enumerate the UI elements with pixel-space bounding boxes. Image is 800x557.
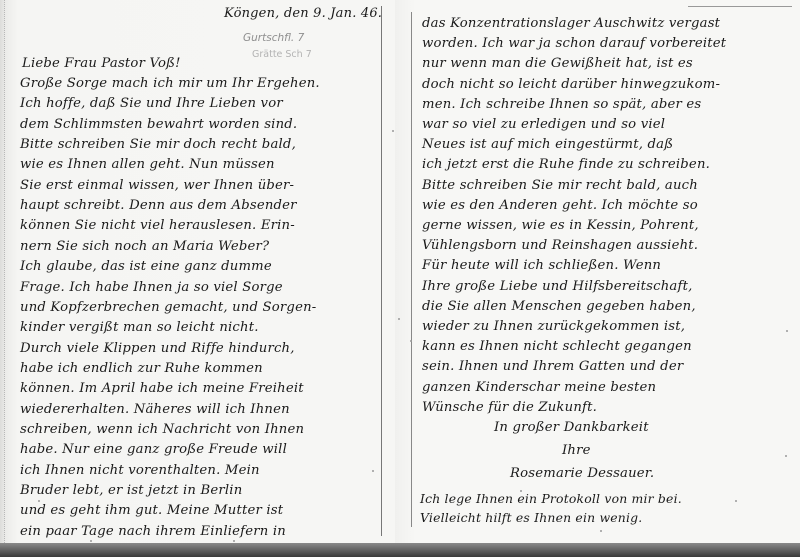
letter-line: das Konzentrationslager Auschwitz vergas…	[422, 16, 720, 31]
letter-line: Frage. Ich habe Ihnen ja so viel Sorge	[20, 280, 283, 295]
scan-speck	[392, 130, 394, 132]
letter-line: ganzen Kinderschar meine besten	[422, 380, 656, 395]
letter-line: kinder vergißt man so leicht nicht.	[20, 320, 259, 335]
scan-bottom-edge	[0, 543, 800, 557]
letter-line: die Sie allen Menschen gegeben haben,	[422, 299, 696, 314]
letter-line: worden. Ich war ja schon darauf vorberei…	[422, 36, 726, 51]
postscript-line: Vielleicht hilft es Ihnen ein wenig.	[420, 510, 642, 525]
scan-speck	[398, 318, 400, 320]
closing-pronoun: Ihre	[562, 443, 591, 458]
letter-line: Durch viele Klippen und Riffe hindurch,	[20, 341, 295, 356]
scan-speck	[38, 500, 40, 502]
letter-line: habe. Nur eine ganz große Freude will	[20, 442, 287, 457]
page-divider	[411, 12, 412, 527]
letter-line: war so viel zu erledigen und so viel	[422, 117, 665, 132]
postscript-line: Ich lege Ihnen ein Protokoll von mir bei…	[420, 491, 682, 506]
scan-speck	[600, 530, 602, 532]
scan-speck	[520, 490, 522, 492]
letter-line: Ihre große Liebe und Hilfsbereitschaft,	[422, 279, 692, 294]
letter-line: haupt schreibt. Denn aus dem Absender	[20, 198, 297, 213]
letter-line: Ich glaube, das ist eine ganz dumme	[20, 259, 272, 274]
letter-line: Bitte schreiben Sie mir recht bald, auch	[422, 178, 698, 193]
letter-line: nern Sie sich noch an Maria Weber?	[20, 239, 269, 254]
letter-line: Bitte schreiben Sie mir doch recht bald,	[20, 137, 296, 152]
letter-line: und es geht ihm gut. Meine Mutter ist	[20, 503, 283, 518]
letter-line: wieder zu Ihnen zurückgekommen ist,	[422, 319, 685, 334]
archive-mark: Gurtschfl. 7	[243, 32, 304, 44]
letter-line: habe ich endlich zur Ruhe kommen	[20, 361, 263, 376]
signature: Rosemarie Dessauer.	[510, 466, 654, 481]
closing: In großer Dankbarkeit	[494, 420, 649, 435]
letter-line: Für heute will ich schließen. Wenn	[422, 258, 661, 273]
letter-line: gerne wissen, wie es in Kessin, Pohrent,	[422, 218, 699, 233]
letter-line: Sie erst einmal wissen, wer Ihnen über-	[20, 178, 294, 193]
letter-line: Wünsche für die Zukunft.	[422, 400, 597, 415]
place-date: Köngen, den 9. Jan. 46.	[224, 6, 382, 21]
letter-line: schreiben, wenn ich Nachricht von Ihnen	[20, 422, 304, 437]
letter-line: dem Schlimmsten bewahrt worden sind.	[20, 117, 297, 132]
letter-line: Bruder lebt, er ist jetzt in Berlin	[20, 483, 242, 498]
scan-speck	[786, 330, 788, 332]
scan-speck	[410, 340, 412, 342]
letter-line: wiedererhalten. Näheres will ich Ihnen	[20, 402, 290, 417]
letter-line: Große Sorge mach ich mir um Ihr Ergehen.	[20, 76, 320, 91]
letter-line: men. Ich schreibe Ihnen so spät, aber es	[422, 97, 701, 112]
letter-line: und Kopfzerbrechen gemacht, und Sorgen-	[20, 300, 316, 315]
letter-line: können Sie nicht viel herauslesen. Erin-	[20, 218, 295, 233]
letter-line: ich Ihnen nicht vorenthalten. Mein	[20, 463, 260, 478]
letter-line: Vühlengsborn und Reinshagen aussieht.	[422, 238, 698, 253]
archive-mark: Grätte Sch 7	[252, 49, 312, 60]
salutation: Liebe Frau Pastor Voß!	[22, 56, 181, 71]
letter-line: doch nicht so leicht darüber hinwegzukom…	[422, 77, 720, 92]
punched-edge	[4, 0, 8, 543]
letter-line: Neues ist auf mich eingestürmt, daß	[422, 137, 673, 152]
letter-line: kann es Ihnen nicht schlecht gegangen	[422, 339, 692, 354]
letter-line: wie es Ihnen allen geht. Nun müssen	[20, 157, 275, 172]
letter-line: nur wenn man die Gewißheit hat, ist es	[422, 56, 693, 71]
scan-speck	[90, 540, 92, 542]
page-divider	[381, 6, 382, 536]
letter-line: ich jetzt erst die Ruhe finde zu schreib…	[422, 157, 710, 172]
letter-line: sein. Ihnen und Ihrem Gatten und der	[422, 359, 683, 374]
letter-line: wie es den Anderen geht. Ich möchte so	[422, 198, 698, 213]
letter-line: können. Im April habe ich meine Freiheit	[20, 381, 304, 396]
scan-speck	[785, 455, 787, 457]
scan-speck	[372, 470, 374, 472]
scan-speck	[233, 540, 235, 542]
top-edge-line	[688, 6, 792, 7]
letter-line: ein paar Tage nach ihrem Einliefern in	[20, 524, 286, 539]
scan-speck	[735, 500, 737, 502]
letter-line: Ich hoffe, daß Sie und Ihre Lieben vor	[20, 96, 283, 111]
